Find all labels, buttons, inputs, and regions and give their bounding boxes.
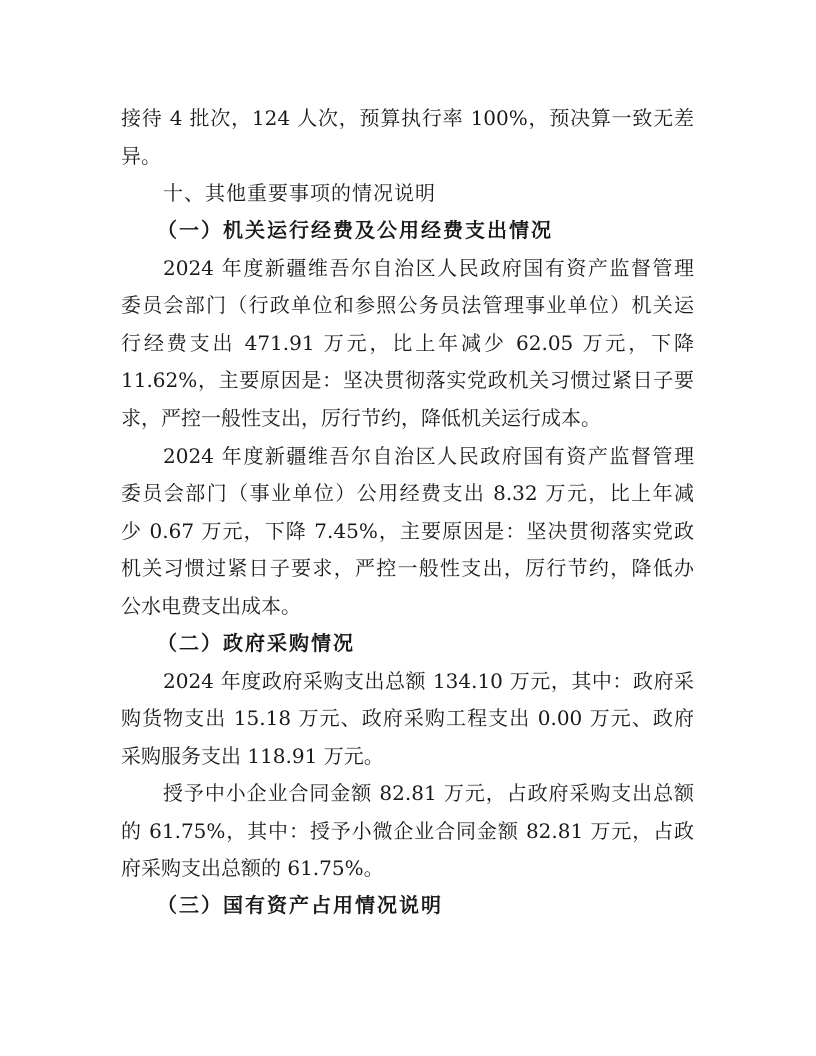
subsection-heading: （二）政府采购情况 — [157, 628, 730, 658]
body-text-line: 委员会部门（事业单位）公用经费支出 8.32 万元，比上年减 — [121, 478, 694, 508]
body-text-line: 公水电费支出成本。 — [121, 591, 694, 621]
subsection-heading: （一）机关运行经费及公用经费支出情况 — [157, 215, 730, 245]
body-text-line: 委员会部门（行政单位和参照公务员法管理事业单位）机关运 — [121, 290, 694, 320]
body-text-line: 2024 年度政府采购支出总额 134.10 万元，其中：政府采 — [163, 666, 694, 696]
subsection-heading: （三）国有资产占用情况说明 — [157, 890, 730, 920]
body-text-line: 少 0.67 万元，下降 7.45%，主要原因是：坚决贯彻落实党政 — [121, 516, 694, 546]
document-page: 接待 4 批次，124 人次，预算执行率 100%，预决算一致无差 异。 十、其… — [0, 0, 816, 1056]
section-heading: 十、其他重要事项的情况说明 — [163, 178, 694, 208]
body-text-line: 的 61.75%，其中：授予小微企业合同金额 82.81 万元，占政 — [121, 816, 694, 846]
body-text-line: 11.62%，主要原因是：坚决贯彻落实党政机关习惯过紧日子要 — [121, 365, 694, 395]
body-text-line: 行经费支出 471.91 万元，比上年减少 62.05 万元，下降 — [121, 328, 694, 358]
body-text-line: 府采购支出总额的 61.75%。 — [121, 853, 694, 883]
body-text-line: 2024 年度新疆维吾尔自治区人民政府国有资产监督管理 — [163, 253, 694, 283]
body-text-line: 授予中小企业合同金额 82.81 万元，占政府采购支出总额 — [163, 778, 694, 808]
body-text-line: 购货物支出 15.18 万元、政府采购工程支出 0.00 万元、政府 — [121, 703, 694, 733]
body-text-line: 2024 年度新疆维吾尔自治区人民政府国有资产监督管理 — [163, 441, 694, 471]
body-text-line: 求，严控一般性支出，厉行节约，降低机关运行成本。 — [121, 403, 694, 433]
body-text-line: 接待 4 批次，124 人次，预算执行率 100%，预决算一致无差 — [121, 103, 694, 133]
body-text-line: 异。 — [121, 141, 694, 171]
body-text-line: 机关习惯过紧日子要求，严控一般性支出，厉行节约，降低办 — [121, 553, 694, 583]
body-text-line: 采购服务支出 118.91 万元。 — [121, 741, 694, 771]
